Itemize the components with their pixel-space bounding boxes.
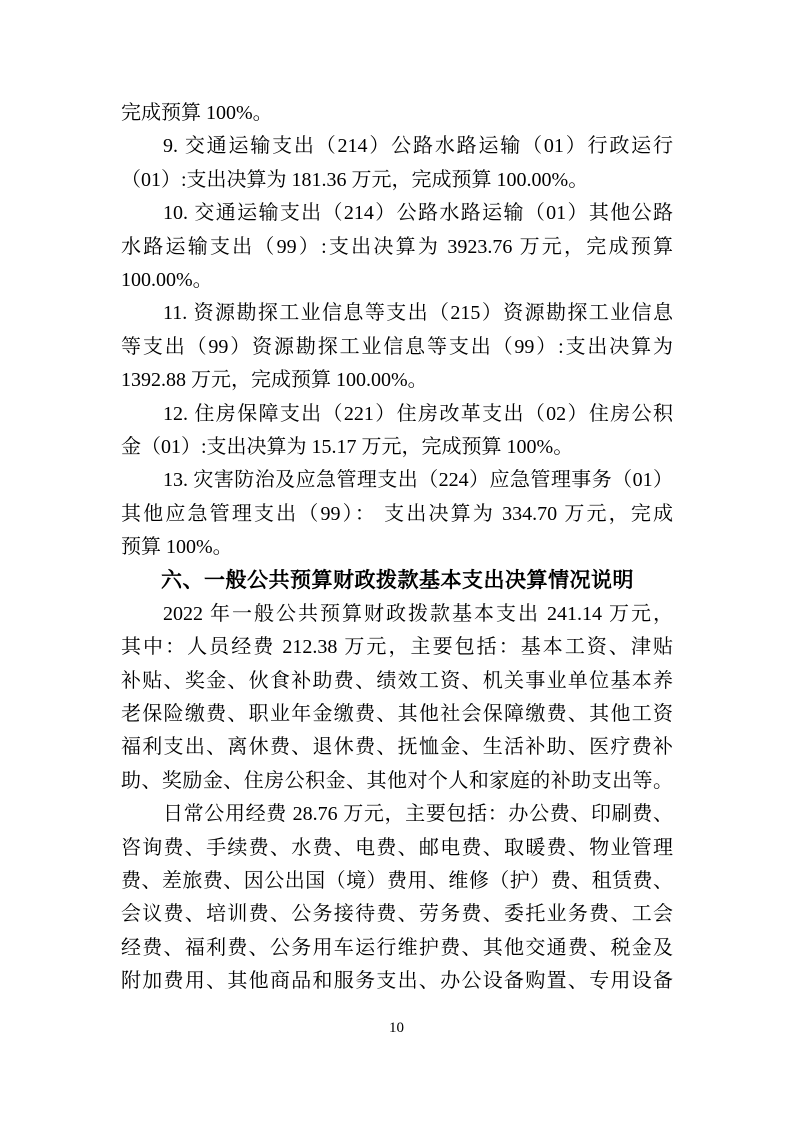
text-line: 老保险缴费、职业年金缴费、其他社会保障缴费、其他工资 bbox=[121, 698, 673, 731]
text-line: 2022 年一般公共预算财政拨款基本支出 241.14 万元， bbox=[121, 598, 673, 631]
text-line: 咨询费、手续费、水费、电费、邮电费、取暖费、物业管理 bbox=[121, 832, 673, 865]
text-line: 水路运输支出（99）:支出决算为 3923.76 万元，完成预算 bbox=[121, 231, 673, 264]
text-line: 助、奖励金、住房公积金、其他对个人和家庭的补助支出等。 bbox=[121, 765, 673, 798]
text-line: 完成预算 100%。 bbox=[121, 97, 673, 130]
text-line: 附加费用、其他商品和服务支出、办公设备购置、专用设备 bbox=[121, 965, 673, 998]
text-line: 金（01）:支出决算为 15.17 万元，完成预算 100%。 bbox=[121, 431, 673, 464]
text-line: 1392.88 万元，完成预算 100.00%。 bbox=[121, 364, 673, 397]
text-line: 10. 交通运输支出（214）公路水路运输（01）其他公路 bbox=[121, 197, 673, 230]
text-line: 等支出（99）资源勘探工业信息等支出（99）:支出决算为 bbox=[121, 331, 673, 364]
text-line: 费、差旅费、因公出国（境）费用、维修（护）费、租赁费、 bbox=[121, 865, 673, 898]
text-line: （01）:支出决算为 181.36 万元，完成预算 100.00%。 bbox=[121, 164, 673, 197]
document-body: 完成预算 100%。 9. 交通运输支出（214）公路水路运输（01）行政运行 … bbox=[121, 97, 673, 999]
text-line: 11. 资源勘探工业信息等支出（215）资源勘探工业信息 bbox=[121, 297, 673, 330]
text-line: 福利支出、离休费、退休费、抚恤金、生活补助、医疗费补 bbox=[121, 731, 673, 764]
text-line: 12. 住房保障支出（221）住房改革支出（02）住房公积 bbox=[121, 398, 673, 431]
text-line: 补贴、奖金、伙食补助费、绩效工资、机关事业单位基本养 bbox=[121, 665, 673, 698]
text-line: 经费、福利费、公务用车运行维护费、其他交通费、税金及 bbox=[121, 932, 673, 965]
text-line: 会议费、培训费、公务接待费、劳务费、委托业务费、工会 bbox=[121, 898, 673, 931]
text-line: 预算 100%。 bbox=[121, 531, 673, 564]
text-line: 100.00%。 bbox=[121, 264, 673, 297]
text-line: 13. 灾害防治及应急管理支出（224）应急管理事务（01） bbox=[121, 464, 673, 497]
text-line: 9. 交通运输支出（214）公路水路运输（01）行政运行 bbox=[121, 130, 673, 163]
text-line: 其中：人员经费 212.38 万元，主要包括：基本工资、津贴 bbox=[121, 631, 673, 664]
text-line: 日常公用经费 28.76 万元，主要包括：办公费、印刷费、 bbox=[121, 798, 673, 831]
document-page: 完成预算 100%。 9. 交通运输支出（214）公路水路运输（01）行政运行 … bbox=[0, 0, 793, 1122]
text-line: 其他应急管理支出（99）： 支出决算为 334.70 万元，完成 bbox=[121, 498, 673, 531]
section-heading: 六、一般公共预算财政拨款基本支出决算情况说明 bbox=[121, 564, 673, 597]
page-number: 10 bbox=[0, 1020, 793, 1037]
